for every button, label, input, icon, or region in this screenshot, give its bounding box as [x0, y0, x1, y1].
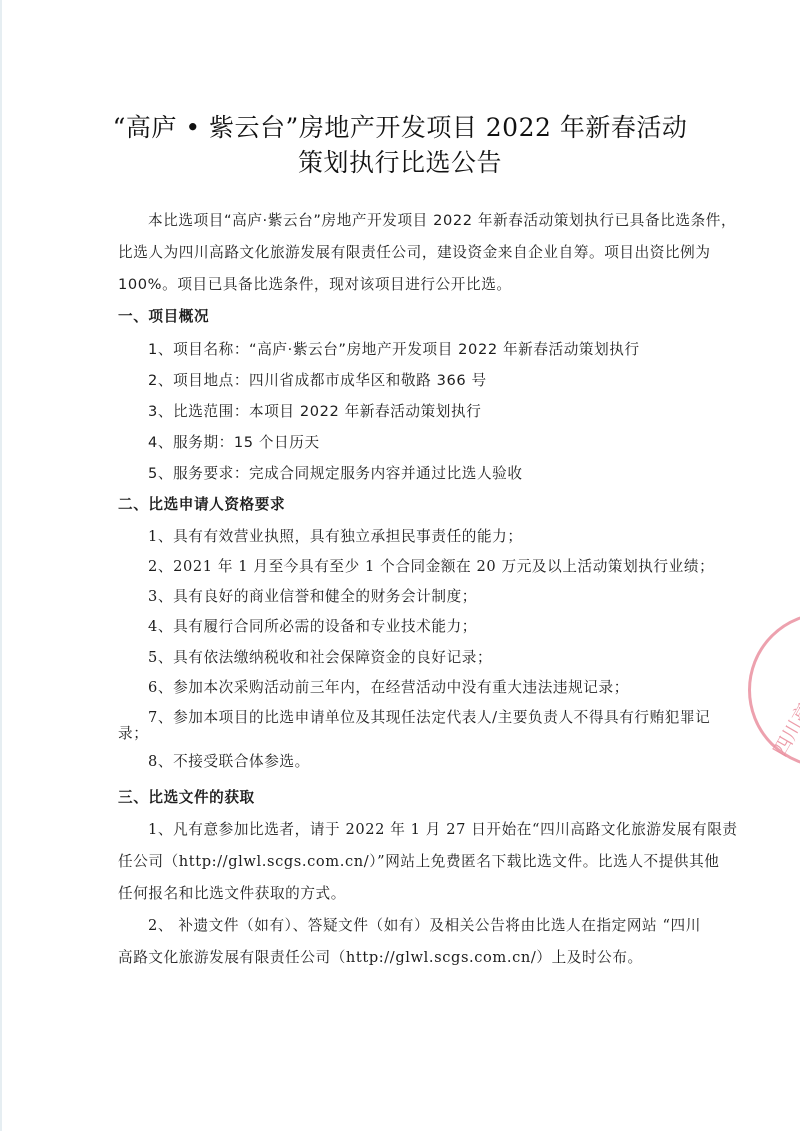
list-item: 4、具有履行合同所必需的设备和专业技术能力； [148, 617, 477, 637]
list-item: 8、不接受联合体参选。 [148, 752, 310, 772]
list-item-continuation: 录； [118, 724, 148, 744]
intro-line: 比选人为四川高路文化旅游发展有限责任公司，建设资金来自企业自筹。项目出资比例为 [118, 243, 711, 263]
list-item: 7、参加本项目的比选申请单位及其现任法定代表人/主要负责人不得具有行贿犯罪记 [148, 708, 710, 728]
list-item: 4、服务期：15 个日历天 [148, 433, 320, 453]
section-heading: 二、比选申请人资格要求 [118, 495, 285, 515]
list-item: 3、具有良好的商业信誉和健全的财务会计制度； [148, 587, 477, 607]
section-heading: 一、项目概况 [118, 307, 209, 327]
document-title-line1: “高庐 • 紫云台”房地产开发项目 2022 年新春活动 [0, 110, 800, 146]
document-page: “高庐 • 紫云台”房地产开发项目 2022 年新春活动 策划执行比选公告 本比… [0, 0, 800, 1131]
intro-line: 100%。项目已具备比选条件，现对该项目进行公开比选。 [118, 275, 512, 295]
list-item: 1、项目名称：“高庐·紫云台”房地产开发项目 2022 年新春活动策划执行 [148, 340, 640, 360]
list-item: 1、凡有意参加比选者，请于 2022 年 1 月 27 日开始在“四川高路文化旅… [148, 820, 738, 840]
list-item-continuation: 任何报名和比选文件获取的方式。 [118, 884, 346, 904]
list-item: 2、项目地点：四川省成都市成华区和敬路 366 号 [148, 371, 487, 391]
section-heading: 三、比选文件的获取 [118, 788, 255, 808]
list-item: 2、2021 年 1 月至今具有至少 1 个合同金额在 20 万元及以上活动策划… [148, 557, 714, 577]
list-item: 3、比选范围：本项目 2022 年新春活动策划执行 [148, 402, 481, 422]
list-item-continuation: 高路文化旅游发展有限责任公司（http://glwl.scgs.com.cn/）… [118, 948, 643, 968]
list-item: 2、 补遗文件（如有）、答疑文件（如有）及相关公告将由比选人在指定网站 “四川 [148, 916, 701, 936]
list-item: 5、服务要求：完成合同规定服务内容并通过比选人验收 [148, 464, 523, 484]
list-item-continuation: 任公司（http://glwl.scgs.com.cn/）”网站上免费匿名下载比… [118, 852, 719, 872]
list-item: 5、具有依法缴纳税收和社会保障资金的良好记录； [148, 648, 492, 668]
list-item: 6、参加本次采购活动前三年内，在经营活动中没有重大违法违规记录； [148, 678, 629, 698]
document-title-line2: 策划执行比选公告 [0, 145, 800, 181]
list-item: 1、具有有效营业执照，具有独立承担民事责任的能力； [148, 527, 523, 547]
intro-line: 本比选项目“高庐·紫云台”房地产开发项目 2022 年新春活动策划执行已具备比选… [148, 211, 736, 231]
